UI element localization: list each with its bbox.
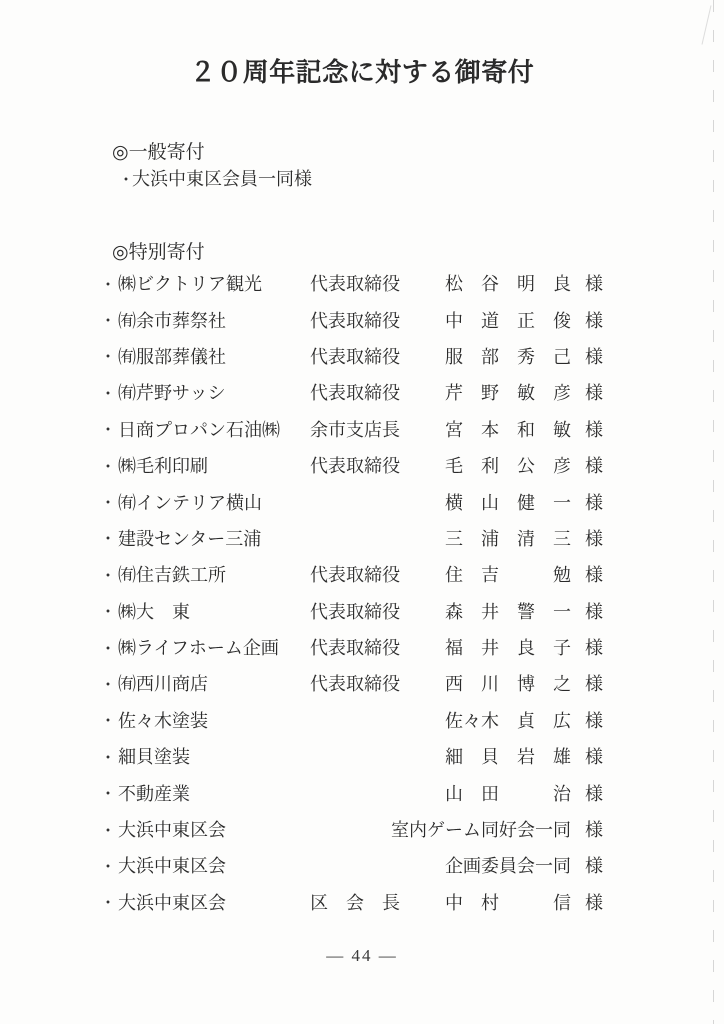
donor-role: 代表取締役 xyxy=(310,598,445,624)
honorific-label: 様 xyxy=(585,561,607,587)
honorific-label: 様 xyxy=(585,889,607,915)
donor-row: ・ ㈲住吉鉄工所 代表取締役 住 吉 勉 様 xyxy=(0,556,724,592)
honorific-label: 様 xyxy=(585,379,607,405)
donor-company: 大浜中東区会 xyxy=(118,816,310,842)
bullet-icon: ・ xyxy=(100,563,118,586)
honorific-label: 様 xyxy=(585,525,607,551)
section-heading-special: ◎特別寄付 xyxy=(112,237,205,264)
bullet-icon: ・ xyxy=(100,599,118,622)
donor-row: ・ 不動産業 山 田 治 様 xyxy=(0,774,724,810)
honorific-label: 様 xyxy=(585,343,607,369)
bullet-icon: ・ xyxy=(100,745,118,768)
donor-role: 代表取締役 xyxy=(310,307,445,333)
donor-row: ・ ㈱大 東 代表取締役 森 井 警 一 様 xyxy=(0,593,724,629)
donor-row: ・ ㈱毛利印刷 代表取締役 毛 利 公 彦 様 xyxy=(0,447,724,483)
scan-artifact-line xyxy=(713,0,714,1024)
donor-company: ㈱ビクトリア観光 xyxy=(118,270,310,296)
bullet-icon: ・ xyxy=(100,381,118,404)
honorific-label: 様 xyxy=(585,634,607,660)
donor-row: ・ ㈲余市葬祭社 代表取締役 中 道 正 俊 様 xyxy=(0,301,724,337)
honorific-label: 様 xyxy=(585,707,607,733)
donor-company: 細貝塗装 xyxy=(118,743,310,769)
donor-name: 森 井 警 一 xyxy=(445,598,571,624)
honorific-label: 様 xyxy=(585,670,607,696)
donor-row: ・ ㈲服部葬儀社 代表取締役 服 部 秀 己 様 xyxy=(0,338,724,374)
bullet-icon: ・ xyxy=(100,818,118,841)
honorific-label: 様 xyxy=(585,416,607,442)
donor-role: 余市支店長 xyxy=(310,416,445,442)
donor-name: 横 山 健 一 xyxy=(445,489,571,515)
donor-role: 代表取締役 xyxy=(310,343,445,369)
donor-row: ・ 日商プロパン石油㈱ 余市支店長 宮 本 和 敏 様 xyxy=(0,411,724,447)
donor-company: ㈲余市葬祭社 xyxy=(118,307,310,333)
donor-name: 福 井 良 子 xyxy=(445,634,571,660)
general-donor-text: 大浜中東区会員一同様 xyxy=(132,165,312,191)
bullet-icon: ・ xyxy=(100,526,118,549)
donor-name: 企画委員会一同 xyxy=(310,852,571,878)
bullet-icon: ・ xyxy=(100,417,118,440)
donor-name: 毛 利 公 彦 xyxy=(445,452,571,478)
honorific-label: 様 xyxy=(585,270,607,296)
bullet-icon: ・ xyxy=(100,308,118,331)
bullet-icon: ・ xyxy=(100,708,118,731)
donor-row: ・ ㈱ビクトリア観光 代表取締役 松 谷 明 良 様 xyxy=(0,265,724,301)
donor-row: ・ 細貝塗装 細 貝 岩 雄 様 xyxy=(0,738,724,774)
donor-row: ・ 佐々木塗装 佐々木 貞 広 様 xyxy=(0,702,724,738)
general-donor-item: ・ 大浜中東区会員一同様 xyxy=(118,165,312,191)
bullet-icon: ・ xyxy=(100,272,118,295)
donor-name: 西 川 博 之 xyxy=(445,670,571,696)
honorific-label: 様 xyxy=(585,307,607,333)
donor-row: ・ 大浜中東区会 区 会 長 中 村 信 様 xyxy=(0,884,724,920)
donor-company: ㈲インテリア横山 xyxy=(118,489,310,515)
donor-list: ・ ㈱ビクトリア観光 代表取締役 松 谷 明 良 様 ・ ㈲余市葬祭社 代表取締… xyxy=(0,265,724,920)
donor-row: ・ ㈲西川商店 代表取締役 西 川 博 之 様 xyxy=(0,665,724,701)
bullet-icon: ・ xyxy=(100,672,118,695)
donor-name: 住 吉 勉 xyxy=(445,561,571,587)
donor-company: ㈲服部葬儀社 xyxy=(118,343,310,369)
bullet-icon: ・ xyxy=(100,454,118,477)
section-heading-general: ◎一般寄付 xyxy=(112,137,205,164)
donor-name: 細 貝 岩 雄 xyxy=(445,743,571,769)
donor-name: 山 田 治 xyxy=(445,780,571,806)
donor-role: 代表取締役 xyxy=(310,270,445,296)
donor-role: 代表取締役 xyxy=(310,561,445,587)
donor-company: 佐々木塗装 xyxy=(118,707,310,733)
scan-artifact-corner xyxy=(702,5,712,44)
bullet-icon: ・ xyxy=(100,854,118,877)
donor-name: 中 道 正 俊 xyxy=(445,307,571,333)
donor-role: 代表取締役 xyxy=(310,379,445,405)
bullet-icon: ・ xyxy=(100,636,118,659)
honorific-label: 様 xyxy=(585,852,607,878)
donor-role: 代表取締役 xyxy=(310,634,445,660)
donor-company: ㈲住吉鉄工所 xyxy=(118,561,310,587)
bullet-icon: ・ xyxy=(100,344,118,367)
donor-row: ・ ㈱ライフホーム企画 代表取締役 福 井 良 子 様 xyxy=(0,629,724,665)
donor-name: 芹 野 敏 彦 xyxy=(445,379,571,405)
donor-name: 宮 本 和 敏 xyxy=(445,416,571,442)
donor-company: 大浜中東区会 xyxy=(118,889,310,915)
donor-name: 松 谷 明 良 xyxy=(445,270,571,296)
donor-company: ㈱ライフホーム企画 xyxy=(118,634,310,660)
honorific-label: 様 xyxy=(585,489,607,515)
donor-name: 服 部 秀 己 xyxy=(445,343,571,369)
donor-row: ・ ㈲インテリア横山 横 山 健 一 様 xyxy=(0,483,724,519)
donor-company: ㈲西川商店 xyxy=(118,670,310,696)
donor-name: 室内ゲーム同好会一同 xyxy=(310,816,571,842)
donor-company: ㈱毛利印刷 xyxy=(118,452,310,478)
bullet-icon: ・ xyxy=(100,781,118,804)
honorific-label: 様 xyxy=(585,452,607,478)
donor-role: 区 会 長 xyxy=(310,889,445,915)
donor-company: 大浜中東区会 xyxy=(118,852,310,878)
donor-row: ・ 建設センター三浦 三 浦 清 三 様 xyxy=(0,520,724,556)
donor-company: ㈱大 東 xyxy=(118,598,310,624)
honorific-label: 様 xyxy=(585,780,607,806)
donor-name: 三 浦 清 三 xyxy=(445,525,571,551)
donor-name: 佐々木 貞 広 xyxy=(445,707,571,733)
donor-row: ・ 大浜中東区会 企画委員会一同 様 xyxy=(0,847,724,883)
bullet-icon: ・ xyxy=(118,167,132,190)
honorific-label: 様 xyxy=(585,743,607,769)
bullet-icon: ・ xyxy=(100,490,118,513)
donor-company: 不動産業 xyxy=(118,780,310,806)
donor-row: ・ ㈲芹野サッシ 代表取締役 芹 野 敏 彦 様 xyxy=(0,374,724,410)
donor-company: ㈲芹野サッシ xyxy=(118,379,310,405)
donor-company: 建設センター三浦 xyxy=(118,525,310,551)
donor-company: 日商プロパン石油㈱ xyxy=(118,416,310,442)
donor-name: 中 村 信 xyxy=(445,889,571,915)
donor-role: 代表取締役 xyxy=(310,452,445,478)
document-page: ２０周年記念に対する御寄付 ◎一般寄付 ・ 大浜中東区会員一同様 ◎特別寄付 ・… xyxy=(0,0,724,1024)
honorific-label: 様 xyxy=(585,816,607,842)
donor-row: ・ 大浜中東区会 室内ゲーム同好会一同 様 xyxy=(0,811,724,847)
bullet-icon: ・ xyxy=(100,890,118,913)
page-title: ２０周年記念に対する御寄付 xyxy=(0,52,724,89)
donor-role: 代表取締役 xyxy=(310,670,445,696)
honorific-label: 様 xyxy=(585,598,607,624)
page-number: ― 44 ― xyxy=(0,946,724,966)
